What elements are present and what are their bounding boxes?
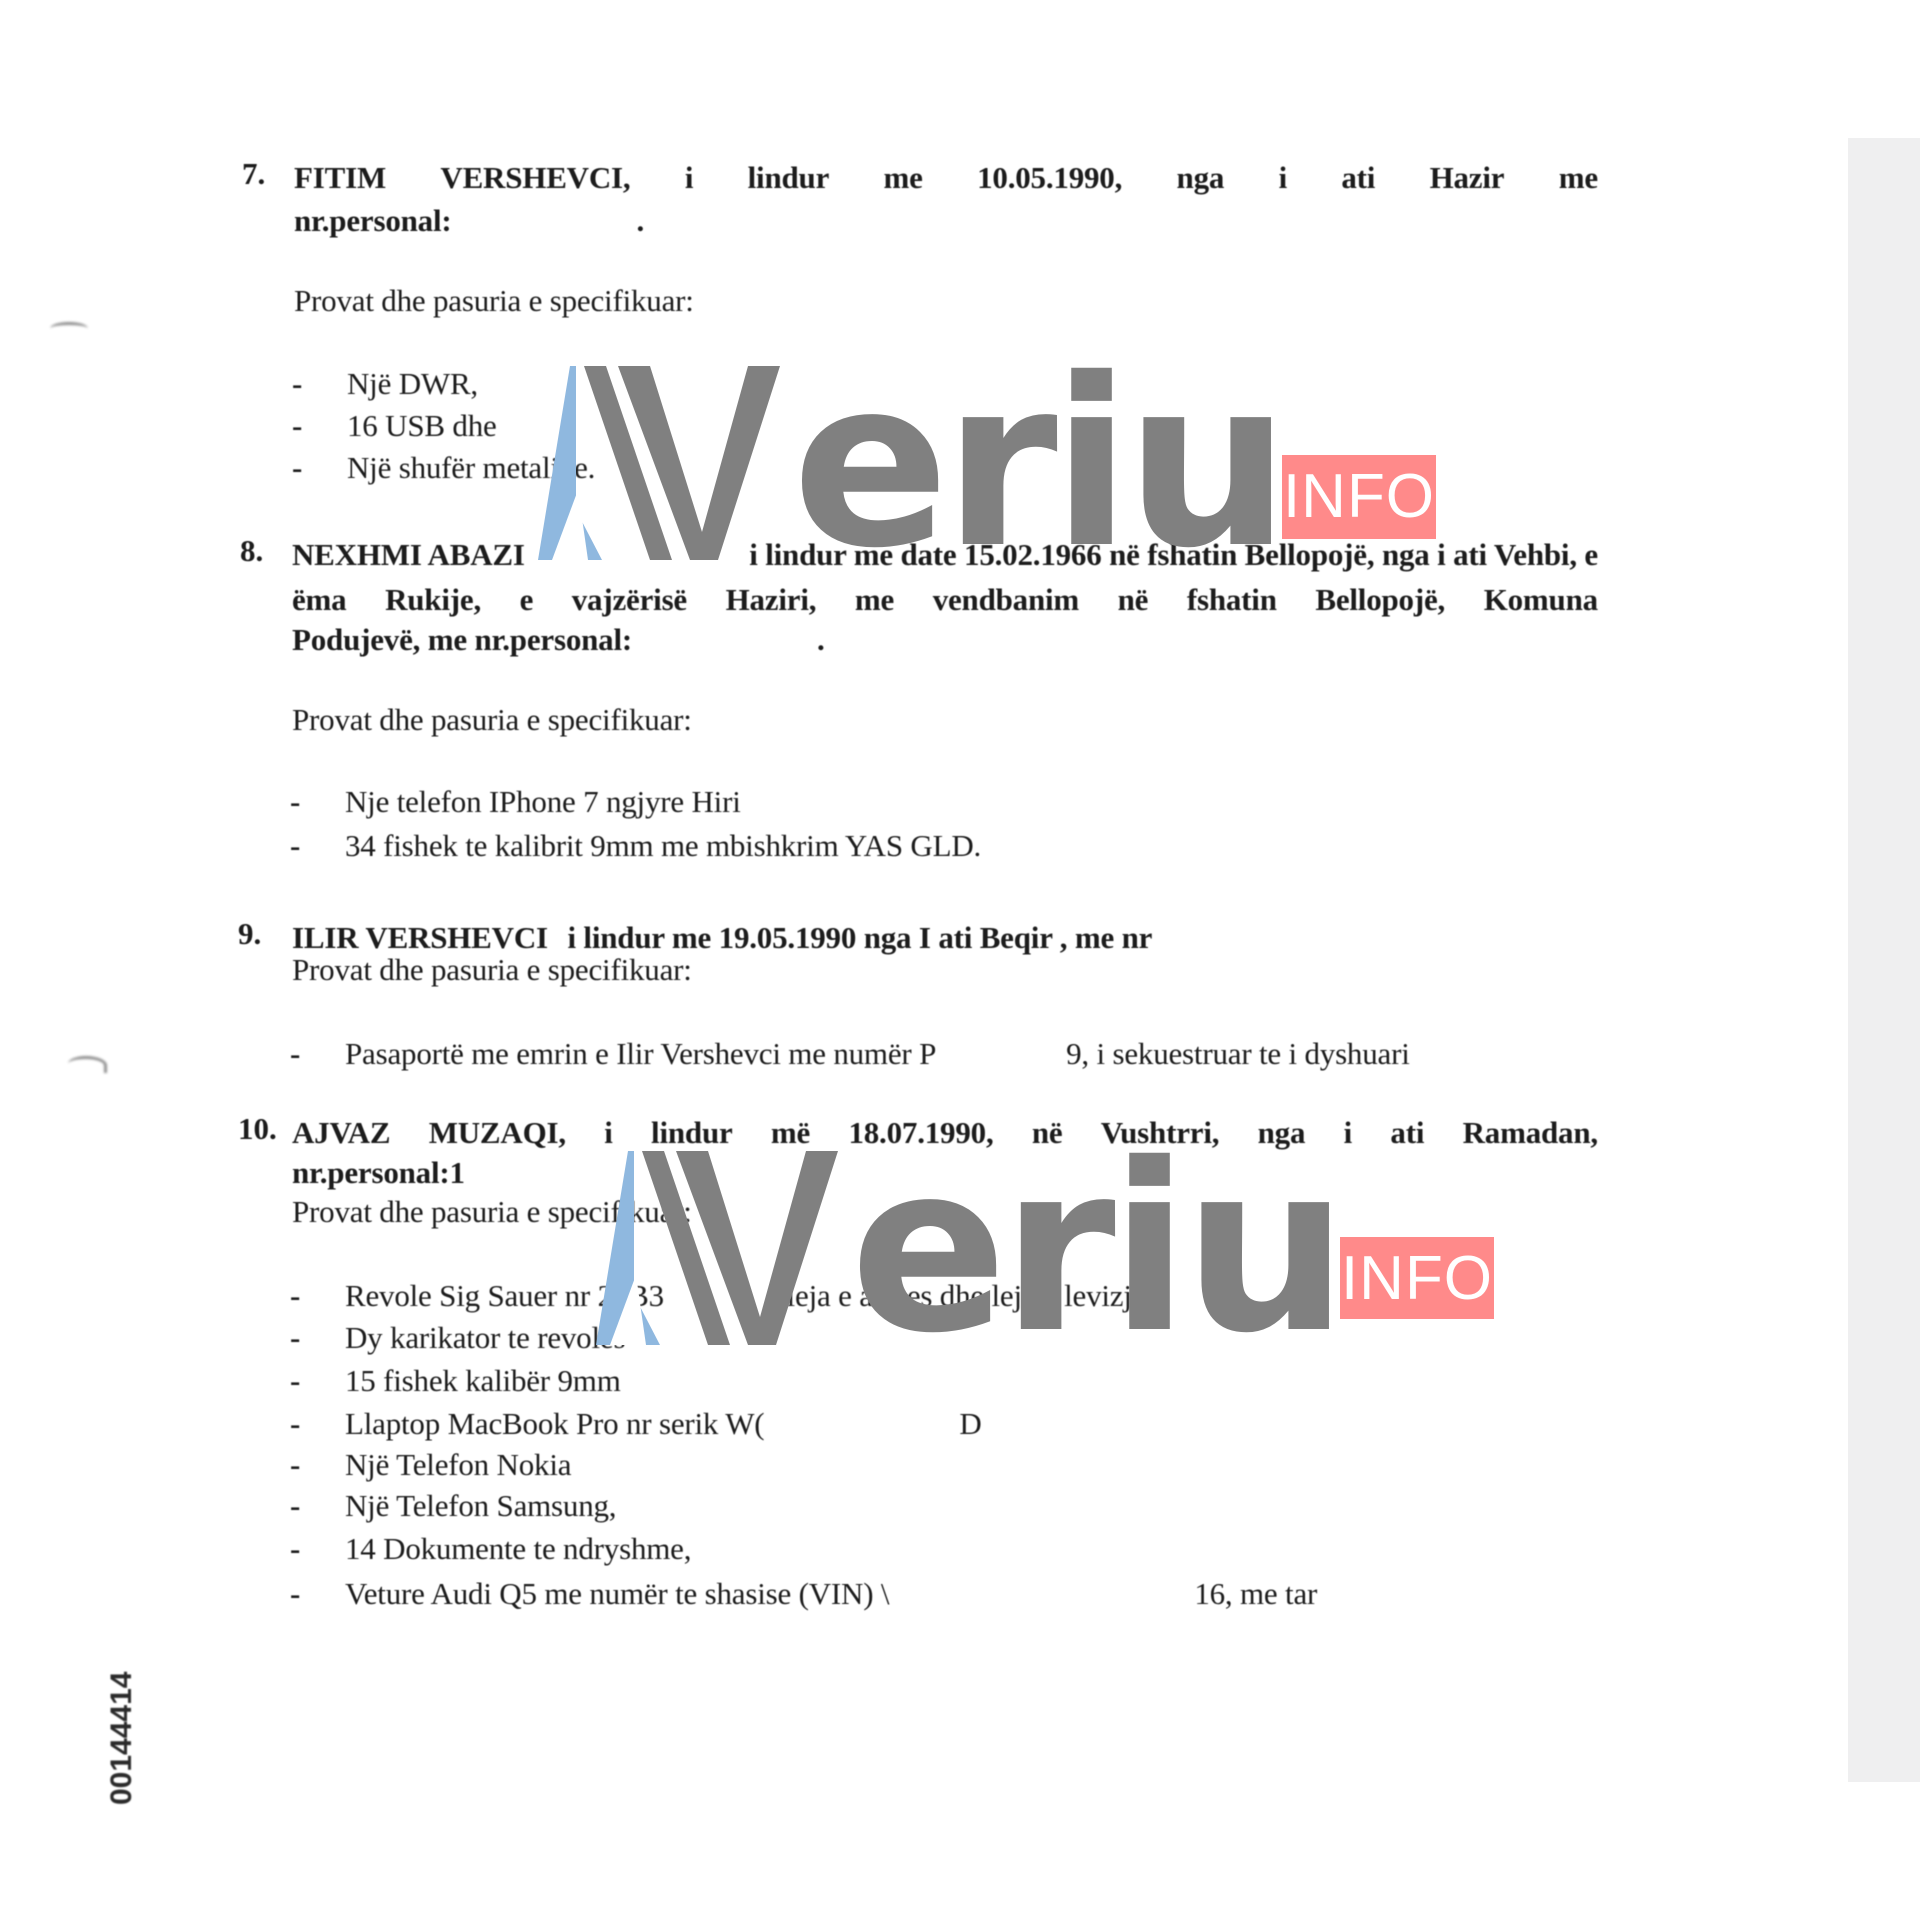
bullet-dash-icon: - (290, 1363, 300, 1399)
list-item-text: Llaptop MacBook Pro nr serik W( (345, 1406, 764, 1441)
bullet-dash-icon: - (292, 366, 302, 402)
entry-7-header-line-1: FITIMVERSHEVCI,ilindurme10.05.1990,ngaia… (294, 160, 1598, 196)
bullet-dash-icon: - (290, 1278, 300, 1314)
list-item-text: Pasaportë me emrin e Ilir Vershevci me n… (345, 1036, 936, 1071)
scan-artifact (50, 322, 88, 335)
bullet-dash-icon: - (290, 1488, 300, 1524)
header-word: nga (1177, 160, 1225, 196)
header-word: VERSHEVCI, (440, 160, 630, 196)
bullet-dash-icon: - (290, 828, 300, 864)
list-item: 16 USB dhe (347, 408, 497, 444)
list-item-text: Një Telefon Samsung, (345, 1488, 616, 1523)
entry-number: 8. (240, 533, 263, 569)
watermark-logo: eriu INFO (530, 360, 1450, 560)
header-word: e (520, 582, 534, 618)
header-word: i (1279, 160, 1287, 196)
entry-number: 9. (238, 916, 261, 952)
list-item: Një Telefon Nokia (345, 1447, 571, 1483)
header-word: lindur (748, 160, 830, 196)
header-word: Rukije, (385, 582, 481, 618)
list-item: Llaptop MacBook Pro nr serik W(D (345, 1406, 982, 1442)
header-word: Hazir (1430, 160, 1505, 196)
list-item-text: 16, me tar (1194, 1576, 1317, 1611)
bullet-dash-icon: - (290, 1531, 300, 1567)
header-word: ati (1341, 160, 1375, 196)
watermark-badge: INFO (1340, 1237, 1494, 1319)
watermark-brand-text: eriu (792, 364, 1284, 564)
section-label: Provat dhe pasuria e specifikuar: (292, 702, 692, 738)
list-item: Pasaportë me emrin e Ilir Vershevci me n… (345, 1036, 1410, 1072)
header-word: Bellopojë, (1315, 582, 1445, 618)
list-item-text: 14 Dokumente te ndryshme, (345, 1531, 691, 1566)
header-word: vajzërisë (572, 582, 687, 618)
list-item-text: D (959, 1406, 981, 1441)
header-word: Komuna (1484, 582, 1598, 618)
section-label: Provat dhe pasuria e specifikuar: (292, 952, 692, 988)
watermark-badge: INFO (1282, 455, 1436, 539)
header-word: FITIM (294, 160, 386, 196)
list-item: Një Telefon Samsung, (345, 1488, 616, 1524)
bullet-dash-icon: - (290, 1447, 300, 1483)
entry-10-header-line-2: nr.personal:1 (292, 1155, 465, 1191)
header-word: MUZAQI, (429, 1115, 566, 1151)
scanned-document-page: 7. FITIMVERSHEVCI,ilindurme10.05.1990,ng… (0, 0, 1920, 1920)
list-item: Veture Audi Q5 me numër te shasise (VIN)… (345, 1576, 1317, 1612)
header-word: 10.05.1990, (977, 160, 1122, 196)
personal-number-label: nr.personal: (294, 203, 452, 238)
header-word: AJVAZ (292, 1115, 390, 1151)
list-item: 14 Dokumente te ndryshme, (345, 1531, 691, 1567)
header-text: i lindur me 19.05.1990 nga I ati Beqir ,… (567, 920, 1152, 955)
watermark-brand-text: eriu (850, 1149, 1342, 1349)
entry-number: 7. (242, 156, 265, 192)
list-item-text: 15 fishek kalibër 9mm (345, 1363, 621, 1398)
list-item-text: Dy karikator te revoles (345, 1320, 625, 1355)
bullet-dash-icon: - (290, 1576, 300, 1612)
punctuation: . (817, 622, 825, 657)
entry-8-header-line-3: Podujevë, me nr.personal:. (292, 622, 825, 658)
list-item: Dy karikator te revoles (345, 1320, 625, 1356)
person-name: NEXHMI ABAZI (292, 537, 525, 573)
page-id-stamp: 00144414 (105, 1665, 139, 1805)
bullet-dash-icon: - (292, 408, 302, 444)
watermark-logo: eriu INFO (588, 1145, 1508, 1345)
section-label: Provat dhe pasuria e specifikuar: (294, 283, 694, 319)
list-item-text: 9, i sekuestruar te i dyshuari (1066, 1036, 1410, 1071)
bullet-dash-icon: - (290, 1320, 300, 1356)
header-word: me (884, 160, 923, 196)
punctuation: . (637, 203, 645, 238)
entry-7-header-line-2: nr.personal:. (294, 203, 644, 239)
header-text: Podujevë, me nr.personal: (292, 622, 632, 657)
bullet-dash-icon: - (292, 450, 302, 486)
list-item: 34 fishek te kalibrit 9mm me mbishkrim Y… (345, 828, 981, 864)
list-item: Një DWR, (347, 366, 478, 402)
bullet-dash-icon: - (290, 784, 300, 820)
triangle-arrow-logo-icon (530, 360, 800, 570)
list-item: 15 fishek kalibër 9mm (345, 1363, 621, 1399)
bullet-dash-icon: - (290, 1036, 300, 1072)
header-word: i (685, 160, 693, 196)
person-name: ILIR VERSHEVCI (292, 920, 548, 955)
header-word: ëma (292, 582, 346, 618)
scan-artifact (68, 1056, 107, 1073)
entry-number: 10. (238, 1111, 277, 1147)
list-item: Nje telefon IPhone 7 ngjyre Hiri (345, 784, 741, 820)
bullet-dash-icon: - (290, 1406, 300, 1442)
header-word: me (1559, 160, 1598, 196)
triangle-arrow-logo-icon (588, 1145, 858, 1355)
list-item-text: Një Telefon Nokia (345, 1447, 571, 1482)
list-item-text: Veture Audi Q5 me numër te shasise (VIN)… (345, 1576, 889, 1611)
entry-9-header-line-1: ILIR VERSHEVCI i lindur me 19.05.1990 ng… (292, 920, 1152, 956)
